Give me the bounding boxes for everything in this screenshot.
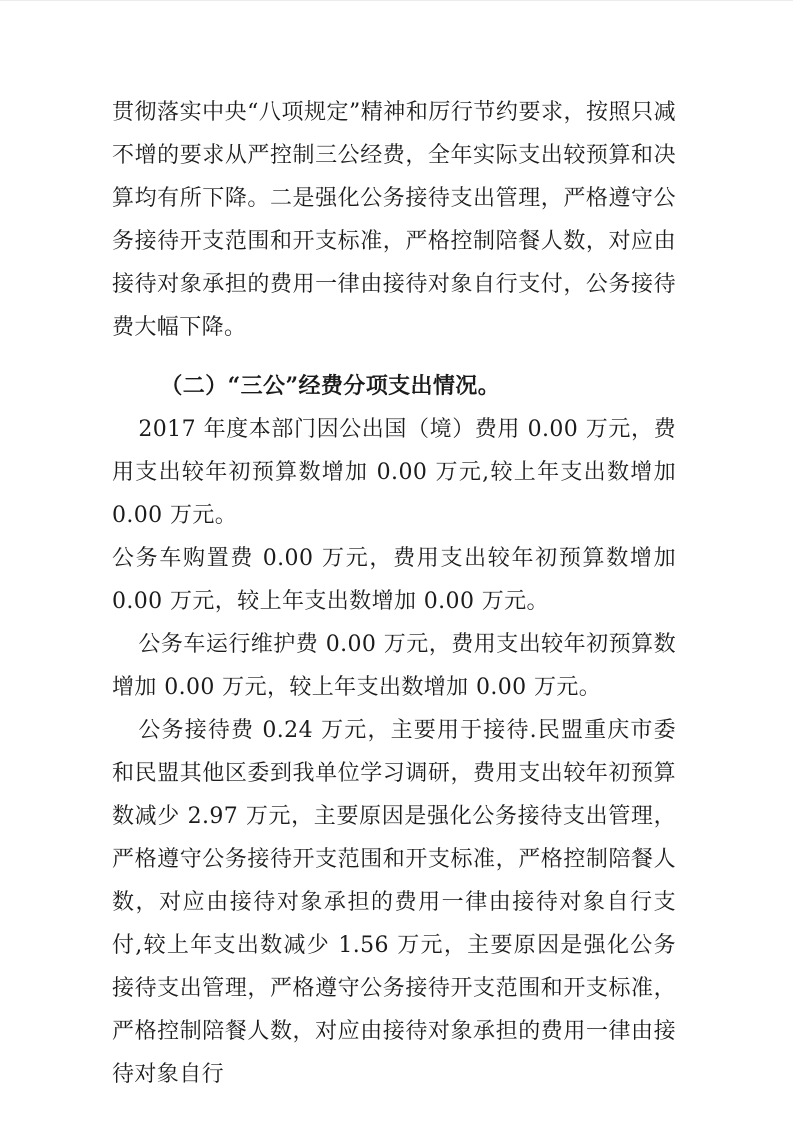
paragraph-sangong-expense-control: 贯彻落实中央“八项规定”精神和厉行节约要求，按照只减不增的要求从严控制三公经费，…: [112, 91, 676, 349]
paragraph-vehicle-maintenance-expense: 公务车运行维护费 0.00 万元，费用支出较年初预算数增加 0.00 万元，较上…: [112, 623, 676, 709]
paragraph-vehicle-purchase-expense: 公务车购置费 0.00 万元，费用支出较年初预算数增加 0.00 万元，较上年支…: [112, 537, 676, 623]
section-heading-sangong-itemized-expenses: （二）“三公”经费分项支出情况。: [112, 365, 676, 408]
paragraph-overseas-travel-expense: 2017 年度本部门因公出国（境）费用 0.00 万元，费用支出较年初预算数增加…: [112, 408, 676, 537]
document-page: 贯彻落实中央“八项规定”精神和厉行节约要求，按照只减不增的要求从严控制三公经费，…: [0, 0, 793, 1122]
document-text-block: 贯彻落实中央“八项规定”精神和厉行节约要求，按照只减不增的要求从严控制三公经费，…: [112, 91, 676, 1096]
paragraph-official-reception-expense: 公务接待费 0.24 万元，主要用于接待.民盟重庆市委和民盟其他区委到我单位学习…: [112, 709, 676, 1096]
